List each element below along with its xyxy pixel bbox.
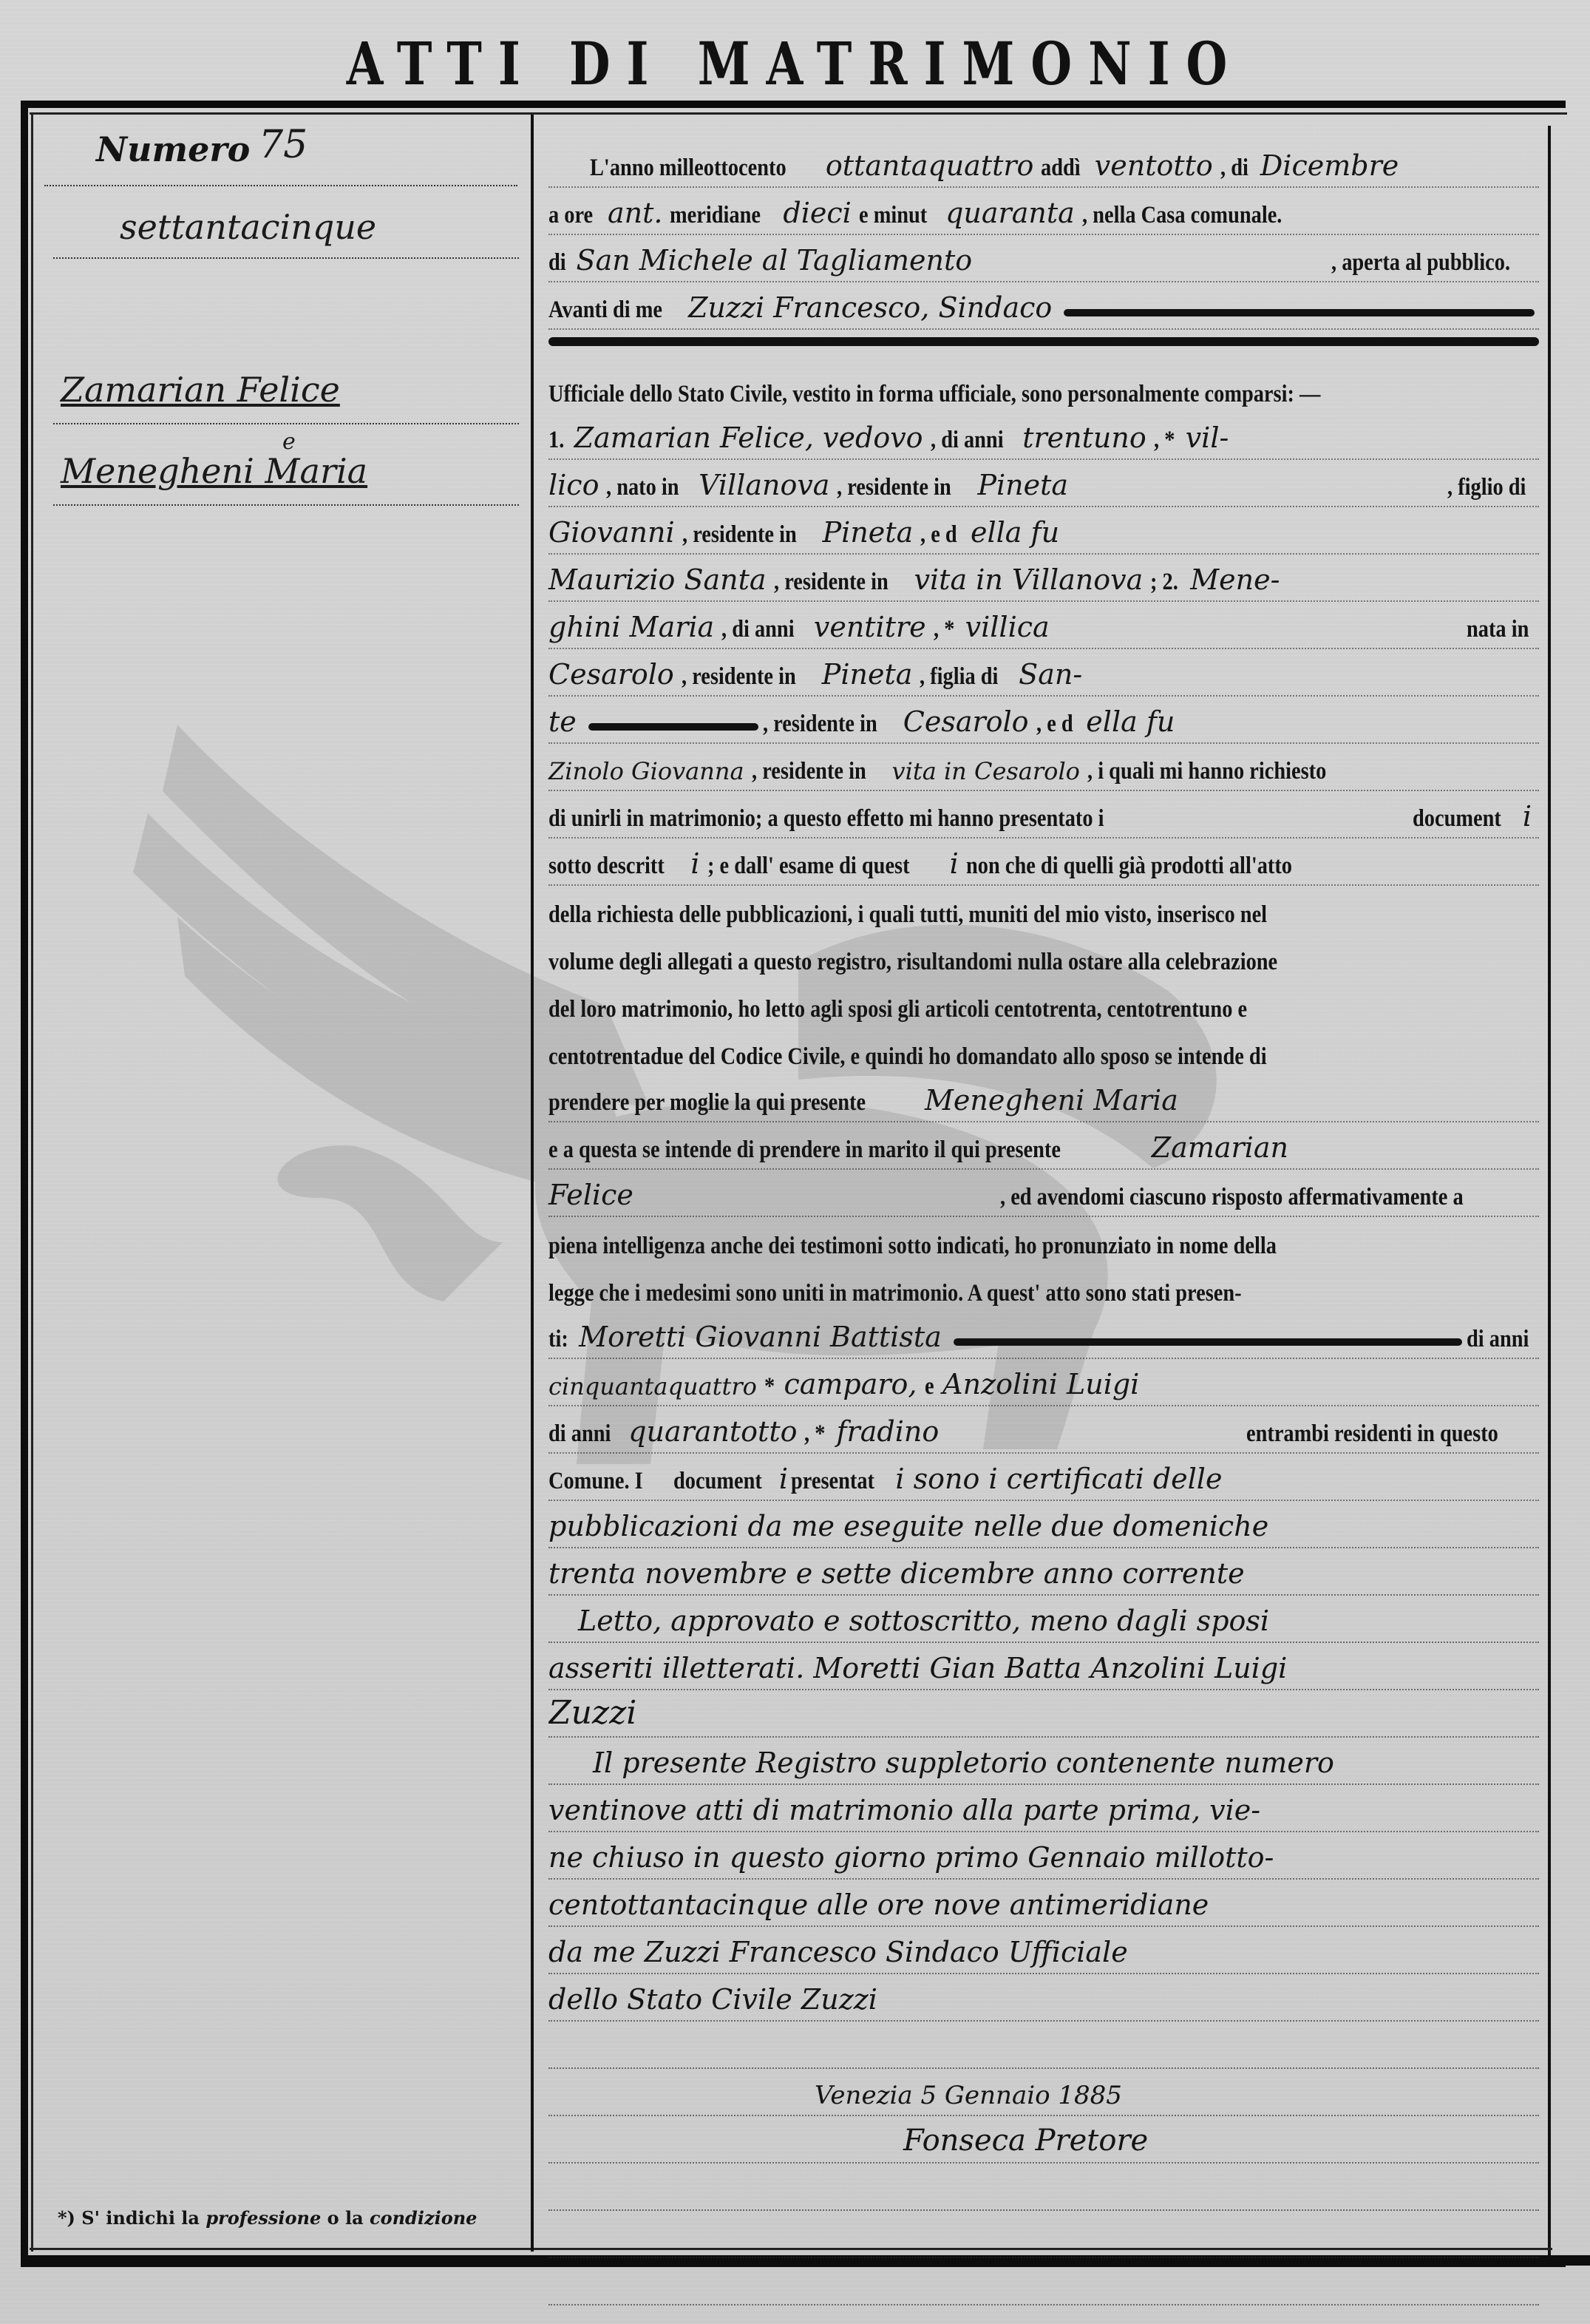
footnote-professione: professione (205, 2207, 321, 2229)
frame-right-rule (1548, 126, 1551, 2255)
bride-father-field: San- (1019, 658, 1082, 691)
left-inner-rule (31, 115, 33, 2252)
printed-text: di anni (1467, 1326, 1529, 1353)
act-line-19: centotrentadue del Codice Civile, e quin… (548, 1028, 1539, 1075)
act-line-9: Maurizio Santa , residente in vita in Vi… (548, 555, 1539, 602)
printed-text: a ore (548, 202, 593, 229)
printed-text: e minut (859, 202, 927, 229)
act-line-8: Giovanni , residente in Pineta , e d ell… (548, 507, 1539, 555)
act-line-27: di anni quarantotto , * fradino entrambi… (548, 1406, 1539, 1454)
footnote-prefix: *) S' indichi la (58, 2207, 205, 2229)
groom-field: Zamarian Felice, vedovo (574, 421, 923, 454)
bride-presence-field: Menegheni Maria (925, 1084, 1178, 1117)
printed-text: , residente in (763, 711, 877, 738)
printed-text: L'anno milleottocento (590, 155, 786, 182)
handwritten-text: ella fu (1086, 705, 1175, 738)
act-number-words: settantacinque (53, 207, 519, 259)
bride-field: Mene- (1190, 563, 1280, 596)
printed-text: document (673, 1468, 762, 1495)
printed-text: prendere per moglie la qui presente (548, 1089, 866, 1117)
printed-text: , figlia di (920, 663, 998, 691)
printed-text: , * (934, 616, 954, 643)
groom-presence-field: Zamarian (1152, 1131, 1288, 1164)
act-line-4: Avanti di me Zuzzi Francesco, Sindaco (548, 282, 1539, 330)
closing-note-line: Il presente Registro suppletorio contene… (548, 1738, 1539, 1785)
handwritten-suffix: i (1523, 800, 1532, 833)
printed-text: di (548, 249, 566, 277)
printed-text: , figlio di (1447, 474, 1526, 501)
printed-text: piena intelligenza anche dei testimoni s… (548, 1233, 1277, 1260)
printed-text: , i quali mi hanno richiesto (1087, 758, 1326, 785)
printed-text: entrambi residenti in questo (1246, 1420, 1498, 1448)
blank-line (548, 2164, 1539, 2211)
blank-line (548, 2022, 1539, 2069)
footnote-middle: o la (321, 2207, 370, 2229)
act-line-22: Felice , ed avendomi ciascuno risposto a… (548, 1170, 1539, 1217)
blank-line (548, 2211, 1539, 2258)
printed-text: di unirli in matrimonio; a questo effett… (548, 805, 1104, 833)
bride-mother-residence-field: vita in Cesarolo (892, 757, 1080, 785)
groom-father-residence-field: Pineta (823, 516, 914, 549)
witness-2-age-field: quarantotto (628, 1415, 797, 1448)
act-line-16: della richiesta delle pubblicazioni, i q… (548, 886, 1539, 933)
act-line-14: di unirli in matrimonio; a questo effett… (548, 791, 1539, 839)
time-period-field: ant. (608, 197, 662, 229)
act-body: L'anno milleottocento ottantaquattro add… (548, 140, 1539, 2306)
witness-2-profession-field: fradino (836, 1415, 939, 1448)
printed-text: addì (1041, 155, 1081, 182)
month-field: Dicembre (1260, 149, 1399, 182)
year-field: ottantaquattro (826, 149, 1034, 182)
act-line-3: di San Michele al Tagliamento , aperta a… (548, 235, 1539, 282)
printed-text: 1. (548, 427, 564, 454)
footnote: *) S' indichi la professione o la condiz… (58, 2207, 477, 2229)
fill-stroke (1064, 309, 1535, 316)
closing-note-line: ventinove atti di matrimonio alla parte … (548, 1785, 1539, 1832)
printed-text: document (1413, 805, 1501, 833)
printed-text: legge che i medesimi sono uniti in matri… (548, 1280, 1242, 1307)
bride-profession-field: villica (965, 611, 1050, 643)
printed-text: sotto descritt (548, 853, 665, 880)
act-number-label: Numero (96, 129, 250, 169)
act-line-11: Cesarolo , residente in Pineta , figlia … (548, 649, 1539, 697)
visa-line: Venezia 5 Gennaio 1885 (548, 2069, 1539, 2116)
printed-text: , residente in (774, 569, 889, 596)
bride-father-residence-field: Cesarolo (903, 705, 1029, 738)
margin-column: Numero 75 settantacinque Zamarian Felice… (44, 126, 517, 186)
groom-presence-field-cont: Felice (548, 1179, 633, 1211)
act-line-24: legge che i medesimi sono uniti in matri… (548, 1264, 1539, 1312)
printed-text: , di anni (931, 427, 1004, 454)
printed-text: nata in (1467, 616, 1529, 643)
bride-birthplace-field: Cesarolo (548, 658, 674, 691)
printed-text: Comune. I (548, 1468, 643, 1495)
printed-text: volume degli allegati a questo registro,… (548, 949, 1277, 976)
act-line-25: ti: Moretti Giovanni Battista di anni (548, 1312, 1539, 1359)
printed-text: , e d (920, 521, 957, 549)
hour-field: dieci (783, 197, 851, 229)
handwritten-line: pubblicazioni da me eseguite nelle due d… (548, 1501, 1539, 1548)
witness-1-age-field: cinquantaquattro (548, 1372, 757, 1400)
handwritten-suffix: i (779, 1463, 788, 1495)
printed-text: , e d (1036, 711, 1073, 738)
printed-text: , di anni (721, 616, 795, 643)
blank-line (548, 2258, 1539, 2306)
footnote-condizione: condizione (370, 2207, 477, 2229)
witness-1-profession-field: camparo, (784, 1368, 917, 1400)
handwritten-suffix: i (690, 847, 699, 880)
printed-text: della richiesta delle pubblicazioni, i q… (548, 901, 1267, 929)
groom-residence-field: Pineta (977, 469, 1068, 501)
bride-mother-field: Zinolo Giovanna (548, 757, 744, 785)
minutes-field: quaranta (945, 197, 1075, 229)
printed-text: ; e dall' esame di quest (707, 853, 910, 880)
printed-text: Avanti di me (548, 297, 662, 324)
printed-text: , aperta al pubblico. (1331, 249, 1510, 277)
act-number-row: Numero 75 (44, 126, 517, 186)
printed-text: meridiane (670, 202, 761, 229)
printed-text: e a questa se intende di prendere in mar… (548, 1136, 1061, 1164)
groom-birthplace-field: Villanova (699, 469, 829, 501)
act-line-1: L'anno milleottocento ottantaquattro add… (548, 140, 1539, 188)
closing-note-line: dello Stato Civile Zuzzi (548, 1974, 1539, 2022)
groom-profession-field: vil- (1186, 421, 1229, 454)
day-field: ventotto (1095, 149, 1213, 182)
fill-stroke (954, 1338, 1462, 1346)
printed-text: Ufficiale dello Stato Civile, vestito in… (548, 381, 1320, 408)
printed-text: di anni (548, 1420, 611, 1448)
printed-text: , nato in (606, 474, 679, 501)
column-divider (531, 115, 534, 2252)
printed-text: ti: (548, 1326, 568, 1353)
groom-name: Zamarian Felice (53, 370, 519, 424)
printed-text: ; 2. (1150, 569, 1178, 596)
printed-text: , residente in (752, 758, 866, 785)
handwritten-suffix: i (950, 847, 959, 880)
bride-name: Menegheni Maria (53, 451, 519, 506)
documents-field: i sono i certificati delle (895, 1463, 1222, 1495)
fill-stroke-full (548, 337, 1539, 346)
printed-text: , residente in (682, 663, 796, 691)
bride-father-field-cont: te (548, 705, 577, 738)
groom-mother-residence-field: vita in Villanova (914, 563, 1144, 596)
act-line-13: Zinolo Giovanna , residente in vita in C… (548, 744, 1539, 791)
printed-text: , di (1220, 155, 1248, 182)
handwritten-line: Letto, approvato e sottoscritto, meno da… (548, 1596, 1539, 1643)
witness-1-field: Moretti Giovanni Battista (579, 1321, 942, 1353)
frame-inner-top-rule (30, 112, 1567, 115)
act-line-20: prendere per moglie la qui presente Mene… (548, 1075, 1539, 1122)
act-line-28: Comune. I document i presentat i sono i … (548, 1454, 1539, 1501)
witness-2-field: Anzolini Luigi (942, 1368, 1139, 1400)
act-line-26: cinquantaquattro * camparo, e Anzolini L… (548, 1359, 1539, 1406)
closing-note-line: centottantacinque alle ore nove antimeri… (548, 1880, 1539, 1927)
act-line-2: a ore ant. meridiane dieci e minut quara… (548, 188, 1539, 235)
printed-text: e (925, 1373, 934, 1400)
act-line-6: 1. Zamarian Felice, vedovo , di anni tre… (548, 413, 1539, 460)
municipality-field: San Michele al Tagliamento (577, 244, 973, 277)
groom-age-field: trentuno (1022, 421, 1146, 454)
closing-note-line: ne chiuso in questo giorno primo Gennaio… (548, 1832, 1539, 1880)
officiant-field: Zuzzi Francesco, Sindaco (688, 291, 1052, 324)
printed-text: del loro matrimonio, ho letto agli sposi… (548, 996, 1247, 1023)
bride-age-field: ventitre (814, 611, 926, 643)
act-line-17: volume degli allegati a questo registro,… (548, 933, 1539, 980)
act-line-23: piena intelligenza anche dei testimoni s… (548, 1217, 1539, 1264)
groom-mother-field: Maurizio Santa (548, 563, 767, 596)
act-line-12: te , residente in Cesarolo , e d ella fu (548, 697, 1539, 744)
printed-text: centotrentadue del Codice Civile, e quin… (548, 1043, 1267, 1071)
act-line-10: ghini Maria , di anni ventitre , * villi… (548, 602, 1539, 649)
signatures-line: asseriti illetterati. Moretti Gian Batta… (548, 1643, 1539, 1690)
printed-text: , nella Casa comunale. (1082, 202, 1282, 229)
printed-text: presentat (791, 1468, 874, 1495)
bride-residence-field: Pineta (822, 658, 913, 691)
bride-field-cont: ghini Maria (548, 611, 714, 643)
printed-text: , ed avendomi ciascuno risposto affermat… (1000, 1184, 1464, 1211)
closing-note-line: da me Zuzzi Francesco Sindaco Ufficiale (548, 1927, 1539, 1974)
printed-text: , residente in (837, 474, 951, 501)
act-line-15: sotto descritt i ; e dall' esame di ques… (548, 839, 1539, 886)
printed-text: non che di quelli già prodotti all'atto (966, 853, 1292, 880)
printed-text: , * (1154, 427, 1175, 454)
fill-stroke (588, 723, 758, 731)
officiant-initials: Zuzzi (548, 1690, 1539, 1738)
groom-father-field: Giovanni (548, 516, 675, 549)
act-line-5: Ufficiale dello Stato Civile, vestito in… (548, 365, 1539, 413)
printed-text: , * (804, 1420, 825, 1448)
visa-signature: Fonseca Pretore (548, 2116, 1539, 2164)
handwritten-text: ella fu (971, 516, 1059, 549)
act-number-value: 75 (259, 123, 308, 167)
printed-text: * (764, 1373, 775, 1400)
handwritten-line: trenta novembre e sette dicembre anno co… (548, 1548, 1539, 1596)
page-title: ATTI DI MATRIMONIO (0, 30, 1590, 99)
printed-text: , residente in (682, 521, 797, 549)
act-line-21: e a questa se intende di prendere in mar… (548, 1122, 1539, 1170)
act-line-18: del loro matrimonio, ho letto agli sposi… (548, 980, 1539, 1028)
act-line-7: lico , nato in Villanova , residente in … (548, 460, 1539, 507)
groom-profession-cont: lico (548, 469, 599, 501)
